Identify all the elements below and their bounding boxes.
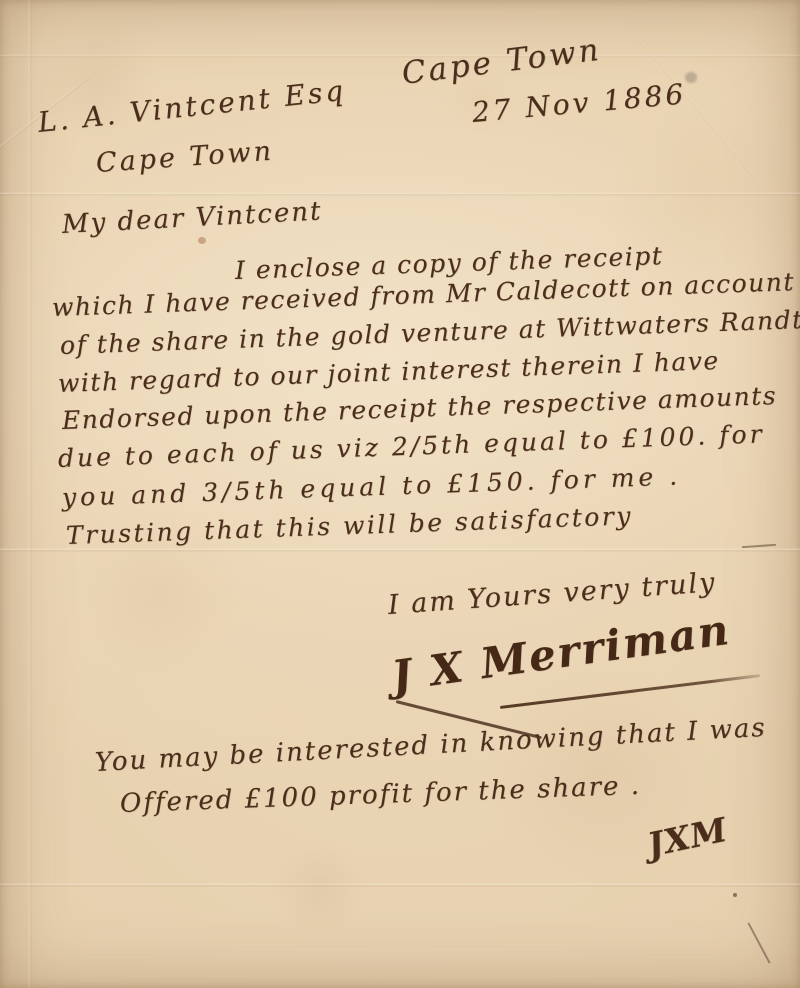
- smudge-mark: [685, 72, 697, 83]
- letter-page: Cape Town 27 Nov 1886 L. A. Vintcent Esq…: [0, 0, 800, 988]
- fold-crease: [0, 192, 800, 196]
- salutation: My dear Vintcent: [61, 196, 323, 240]
- signature-initials: JXM: [644, 810, 731, 865]
- ink-dot: [733, 893, 737, 897]
- fold-crease: [28, 0, 32, 988]
- pencil-mark: [747, 922, 770, 964]
- fold-crease: [0, 883, 800, 887]
- postscript-line: You may be interested in knowing that I …: [94, 713, 767, 778]
- heading-place: Cape Town: [400, 32, 604, 92]
- ink-stain: [198, 237, 206, 244]
- postscript-line: Offered £100 profit for the share .: [119, 771, 641, 819]
- pen-dash: [742, 544, 776, 548]
- addressee-place: Cape Town: [95, 136, 275, 179]
- fold-crease: [0, 548, 800, 552]
- addressee-name: L. A. Vintcent Esq: [36, 74, 347, 139]
- heading-date: 27 Nov 1886: [471, 77, 688, 129]
